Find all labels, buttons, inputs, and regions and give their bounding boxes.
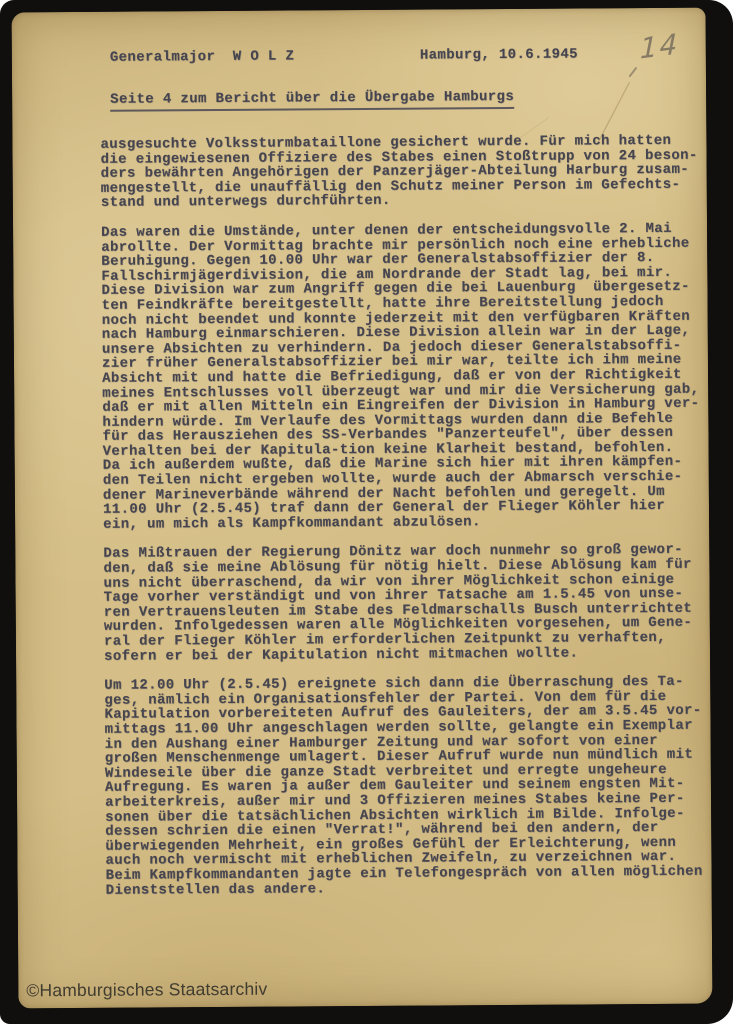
- author-line: Generalmajor W O L Z: [110, 48, 295, 65]
- pencil-stroke-mark: [629, 67, 638, 78]
- document-photo: Generalmajor W O L Z Hamburg, 10.6.1945 …: [0, 0, 733, 1024]
- paragraph-4: Um 12.00 Uhr (2.5.45) ereignete sich dan…: [104, 675, 718, 898]
- paragraph-2: Das waren die Umstände, unter denen der …: [101, 222, 715, 533]
- document-body: ausgesuchte Volkssturmbataillone gesiche…: [100, 134, 717, 913]
- handwritten-page-number: 14: [640, 27, 680, 65]
- document-title: Seite 4 zum Bericht über die Übergabe Ha…: [110, 89, 514, 112]
- archive-copyright-watermark: ©Hamburgisches Staatsarchiv: [26, 979, 267, 1002]
- paper-page: Generalmajor W O L Z Hamburg, 10.6.1945 …: [12, 8, 713, 1009]
- paragraph-3: Das Mißtrauen der Regierung Dönitz war d…: [103, 543, 716, 664]
- paragraph-1: ausgesuchte Volkssturmbataillone gesiche…: [100, 134, 712, 211]
- place-date-line: Hamburg, 10.6.1945: [420, 46, 578, 63]
